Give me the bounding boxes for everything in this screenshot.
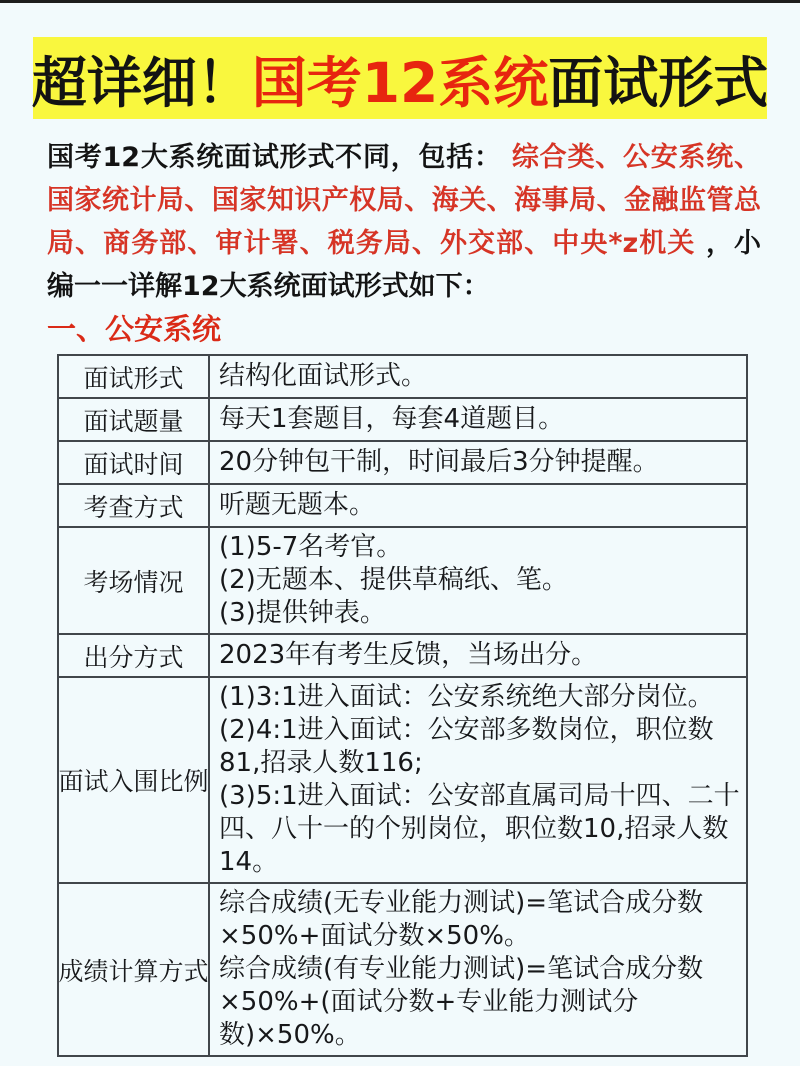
row-label: 面试形式 [59, 356, 210, 397]
row-value-line: (3)5:1进入面试：公安部直属司局十四、二十四、八十一的个别岗位，职位数10,… [219, 780, 740, 879]
row-value-line: 综合成绩(有专业能力测试)=笔试合成分数×50%+(面试分数+专业能力测试分数)… [219, 953, 740, 1052]
intro-paragraph: 国考12大系统面试形式不同，包括： 综合类、公安系统、国家统计局、国家知识产权局… [47, 136, 761, 308]
row-value: 20分钟包干制，时间最后3分钟提醒。 [210, 442, 746, 483]
row-value: (1)3:1进入面试：公安系统绝大部分岗位。(2)4:1进入面试：公安部多数岗位… [210, 678, 746, 882]
row-value-line: (1)5-7名考官。 [219, 531, 740, 564]
row-value: (1)5-7名考官。(2)无题本、提供草稿纸、笔。(3)提供钟表。 [210, 528, 746, 633]
row-value-line: 20分钟包干制，时间最后3分钟提醒。 [219, 446, 740, 479]
intro-lead-text: 国考12大系统面试形式不同，包括： [47, 142, 502, 173]
top-border-strip [0, 0, 800, 3]
row-value-line: 2023年有考生反馈，当场出分。 [219, 639, 740, 672]
row-label: 考场情况 [59, 528, 210, 633]
title-suffix: 面试形式 [548, 39, 768, 118]
table-row: 考场情况(1)5-7名考官。(2)无题本、提供草稿纸、笔。(3)提供钟表。 [59, 526, 746, 633]
table-row: 面试题量每天1套题目，每套4道题目。 [59, 397, 746, 440]
title-banner: 超详细！ 国考12系统 面试形式 [33, 37, 767, 119]
row-value: 每天1套题目，每套4道题目。 [210, 399, 746, 440]
row-label: 面试时间 [59, 442, 210, 483]
table-row: 成绩计算方式综合成绩(无专业能力测试)=笔试合成分数×50%+面试分数×50%。… [59, 882, 746, 1055]
row-value-line: (3)提供钟表。 [219, 597, 740, 630]
table-row: 考查方式听题无题本。 [59, 483, 746, 526]
row-value: 听题无题本。 [210, 485, 746, 526]
row-value: 综合成绩(无专业能力测试)=笔试合成分数×50%+面试分数×50%。综合成绩(有… [210, 884, 746, 1055]
title-prefix: 超详细！ [32, 39, 252, 118]
row-label: 面试题量 [59, 399, 210, 440]
row-label: 出分方式 [59, 635, 210, 676]
title-highlight: 国考12系统 [252, 39, 549, 118]
row-label: 成绩计算方式 [59, 884, 210, 1055]
row-value-line: 每天1套题目，每套4道题目。 [219, 403, 740, 436]
table-row: 面试入围比例(1)3:1进入面试：公安系统绝大部分岗位。(2)4:1进入面试：公… [59, 676, 746, 882]
section-heading: 一、公安系统 [47, 311, 800, 347]
row-value-line: (1)3:1进入面试：公安系统绝大部分岗位。 [219, 681, 740, 714]
row-value-line: (2)4:1进入面试：公安部多数岗位，职位数81,招录人数116; [219, 714, 740, 780]
row-value: 2023年有考生反馈，当场出分。 [210, 635, 746, 676]
row-label: 考查方式 [59, 485, 210, 526]
table-row: 面试形式结构化面试形式。 [59, 356, 746, 397]
row-value-line: 结构化面试形式。 [219, 360, 740, 393]
row-value: 结构化面试形式。 [210, 356, 746, 397]
info-table: 面试形式结构化面试形式。面试题量每天1套题目，每套4道题目。面试时间20分钟包干… [57, 354, 748, 1057]
row-label: 面试入围比例 [59, 678, 210, 882]
row-value-line: (2)无题本、提供草稿纸、笔。 [219, 564, 740, 597]
row-value-line: 听题无题本。 [219, 489, 740, 522]
table-row: 出分方式2023年有考生反馈，当场出分。 [59, 633, 746, 676]
row-value-line: 综合成绩(无专业能力测试)=笔试合成分数×50%+面试分数×50%。 [219, 887, 740, 953]
table-row: 面试时间20分钟包干制，时间最后3分钟提醒。 [59, 440, 746, 483]
